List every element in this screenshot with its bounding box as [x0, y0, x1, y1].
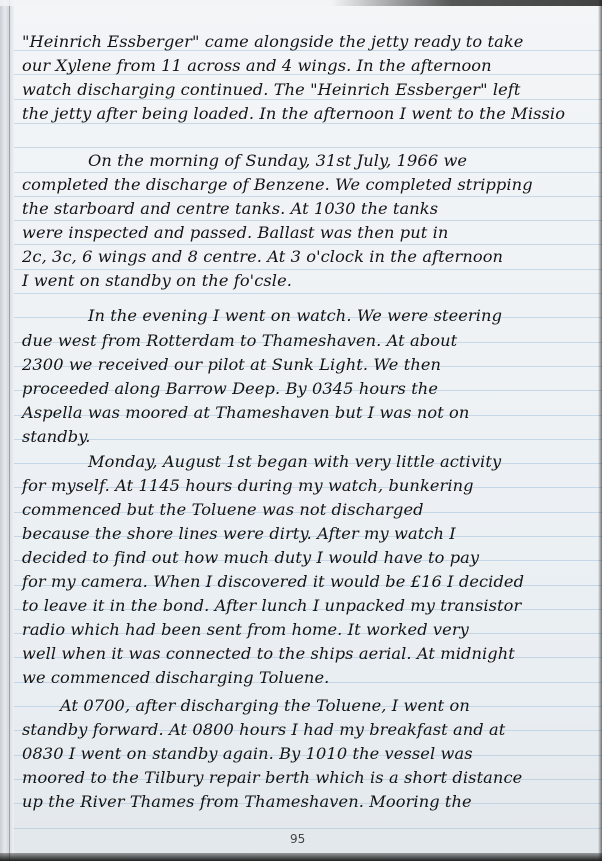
- handwritten-line: due west from Rotterdam to Thameshaven. …: [22, 329, 457, 353]
- handwritten-line: 2300 we received our pilot at Sunk Light…: [22, 353, 441, 377]
- bottom-page-edge: [0, 853, 602, 861]
- top-page-edge: [0, 0, 602, 6]
- notebook-binding: [0, 0, 14, 861]
- handwritten-line: well when it was connected to the ships …: [22, 642, 515, 666]
- notebook-page: "Heinrich Essberger" came alongside the …: [0, 0, 602, 861]
- handwritten-line: Aspella was moored at Thameshaven but I …: [22, 401, 469, 425]
- handwritten-line: commenced but the Toluene was not discha…: [22, 498, 424, 522]
- handwritten-line: standby.: [22, 425, 91, 449]
- handwritten-line: the jetty after being loaded. In the aft…: [22, 102, 565, 126]
- paragraph-start-line: At 0700, after discharging the Toluene, …: [60, 694, 470, 718]
- handwritten-line: completed the discharge of Benzene. We c…: [22, 173, 533, 197]
- handwritten-line: radio which had been sent from home. It …: [22, 618, 469, 642]
- handwritten-line: were inspected and passed. Ballast was t…: [22, 221, 448, 245]
- rule-line: [14, 147, 602, 148]
- handwritten-line: 0830 I went on standby again. By 1010 th…: [22, 742, 473, 766]
- handwritten-line: proceeded along Barrow Deep. By 0345 hou…: [22, 377, 438, 401]
- handwritten-line: for myself. At 1145 hours during my watc…: [22, 474, 474, 498]
- rule-line: [14, 439, 602, 440]
- handwritten-line: we commenced discharging Toluene.: [22, 666, 329, 690]
- rule-line: [14, 828, 602, 829]
- rule-line: [14, 293, 602, 294]
- handwritten-line: the starboard and centre tanks. At 1030 …: [22, 197, 438, 221]
- handwritten-line: because the shore lines were dirty. Afte…: [22, 522, 456, 546]
- handwritten-line: to leave it in the bond. After lunch I u…: [22, 594, 521, 618]
- paragraph-start-line: Monday, August 1st began with very littl…: [88, 450, 501, 474]
- handwritten-line: for my camera. When I discovered it woul…: [22, 570, 524, 594]
- right-page-edge: [598, 0, 602, 861]
- handwritten-line: watch discharging continued. The "Heinri…: [22, 78, 521, 102]
- handwritten-line: I went on standby on the fo'csle.: [22, 269, 292, 293]
- page-number: 95: [290, 832, 305, 846]
- handwritten-line: up the River Thames from Thameshaven. Mo…: [22, 790, 472, 814]
- handwritten-line: moored to the Tilbury repair berth which…: [22, 766, 522, 790]
- handwritten-line: 2c, 3c, 6 wings and 8 centre. At 3 o'clo…: [22, 245, 503, 269]
- handwritten-line: our Xylene from 11 across and 4 wings. I…: [22, 54, 492, 78]
- binding-edge-line: [9, 0, 10, 861]
- handwritten-line: standby forward. At 0800 hours I had my …: [22, 718, 505, 742]
- paragraph-start-line: In the evening I went on watch. We were …: [88, 304, 502, 328]
- handwritten-line: decided to find out how much duty I woul…: [22, 546, 479, 570]
- paragraph-start-line: On the morning of Sunday, 31st July, 196…: [88, 149, 467, 173]
- handwritten-line: "Heinrich Essberger" came alongside the …: [22, 30, 523, 54]
